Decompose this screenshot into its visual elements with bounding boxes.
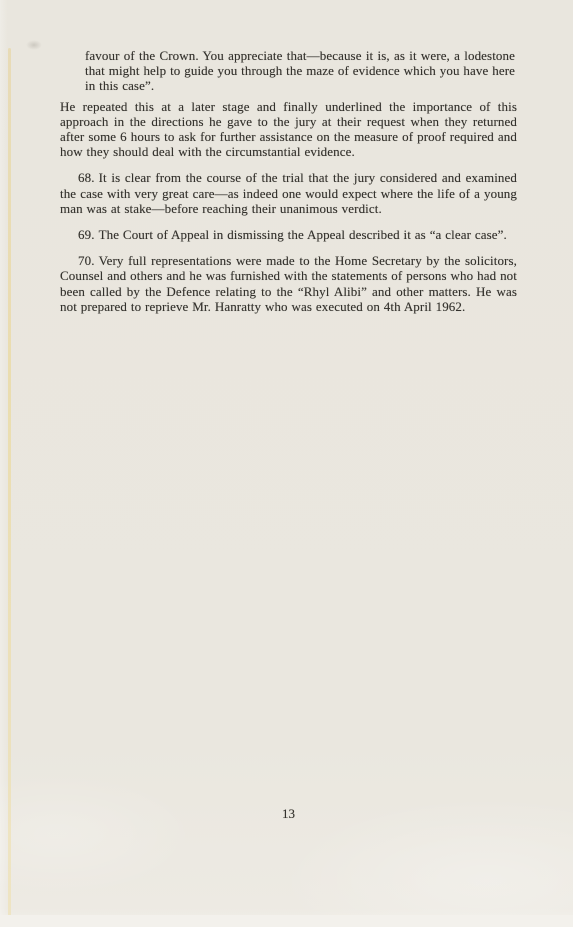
paragraph-69-text: The Court of Appeal in dismissing the Ap…	[99, 227, 507, 242]
paragraph-continuation: He repeated this at a later stage and fi…	[60, 99, 517, 160]
paragraph-70-number: 70.	[78, 253, 95, 268]
paragraph-70: 70.Very full representations were made t…	[60, 253, 517, 314]
paragraph-68: 68.It is clear from the course of the tr…	[60, 170, 517, 216]
paragraph-68-number: 68.	[78, 170, 95, 185]
quoted-judge-direction-continuation: favour of the Crown. You appreciate that…	[85, 48, 515, 94]
paragraph-69-number: 69.	[78, 227, 95, 242]
paragraph-68-text: It is clear from the course of the trial…	[60, 170, 517, 215]
paper-bottom-edge	[0, 915, 573, 927]
scan-smudge	[26, 40, 42, 50]
paragraph-70-text: Very full representations were made to t…	[60, 253, 517, 314]
paragraph-69: 69.The Court of Appeal in dismissing the…	[60, 227, 517, 242]
document-page: favour of the Crown. You appreciate that…	[0, 0, 573, 927]
paper-edge-shading	[0, 0, 8, 927]
page-number: 13	[60, 806, 517, 822]
page-text-block: favour of the Crown. You appreciate that…	[60, 48, 517, 314]
paper-edge-line	[8, 48, 11, 918]
